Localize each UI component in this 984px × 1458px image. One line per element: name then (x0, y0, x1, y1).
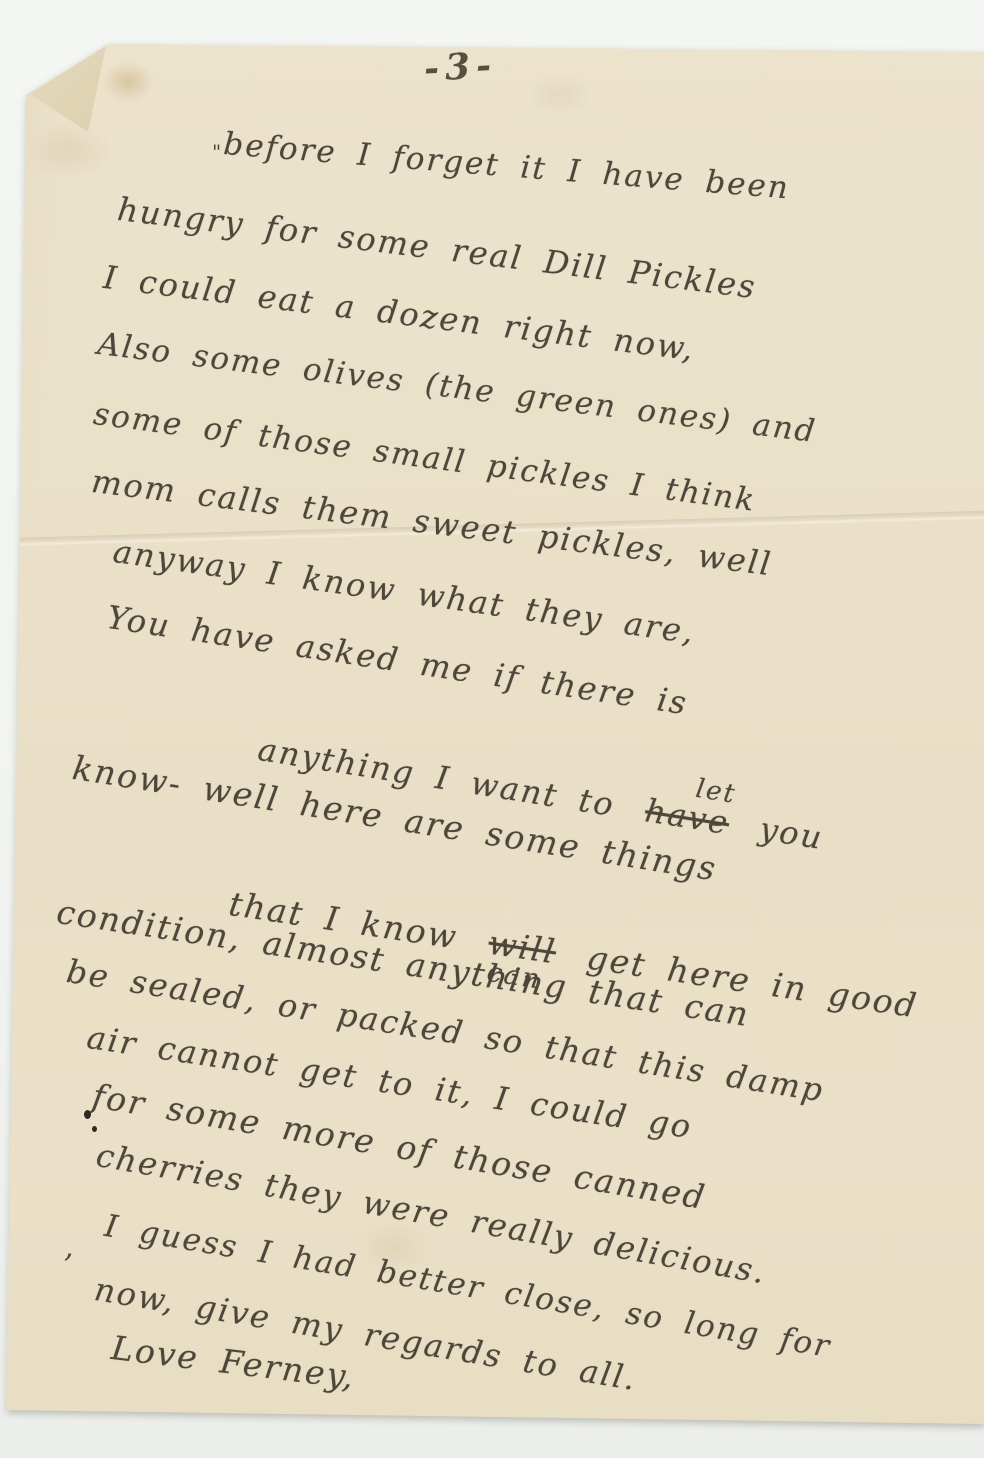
letter-paper: -3- " before I forget it I have been hun… (0, 0, 984, 1458)
corner-fold (0, 0, 200, 200)
line-9-correction: lethave (643, 791, 733, 842)
scan-background: -3- " before I forget it I have been hun… (0, 0, 984, 1458)
line-9-text-end: you (736, 806, 826, 857)
stray-comma-mark: , (64, 1230, 74, 1265)
ink-speck (92, 1126, 97, 1132)
corner-fold-crease (26, 0, 106, 46)
letter-paper-wrap: -3- " before I forget it I have been hun… (0, 0, 984, 1458)
handwritten-line-1: before I forget it I have been (222, 126, 791, 206)
page-number: -3- (423, 44, 498, 90)
inserted-word-let: let (694, 774, 739, 810)
stray-ink-mark: " (212, 140, 221, 164)
ink-speck (84, 1110, 91, 1119)
